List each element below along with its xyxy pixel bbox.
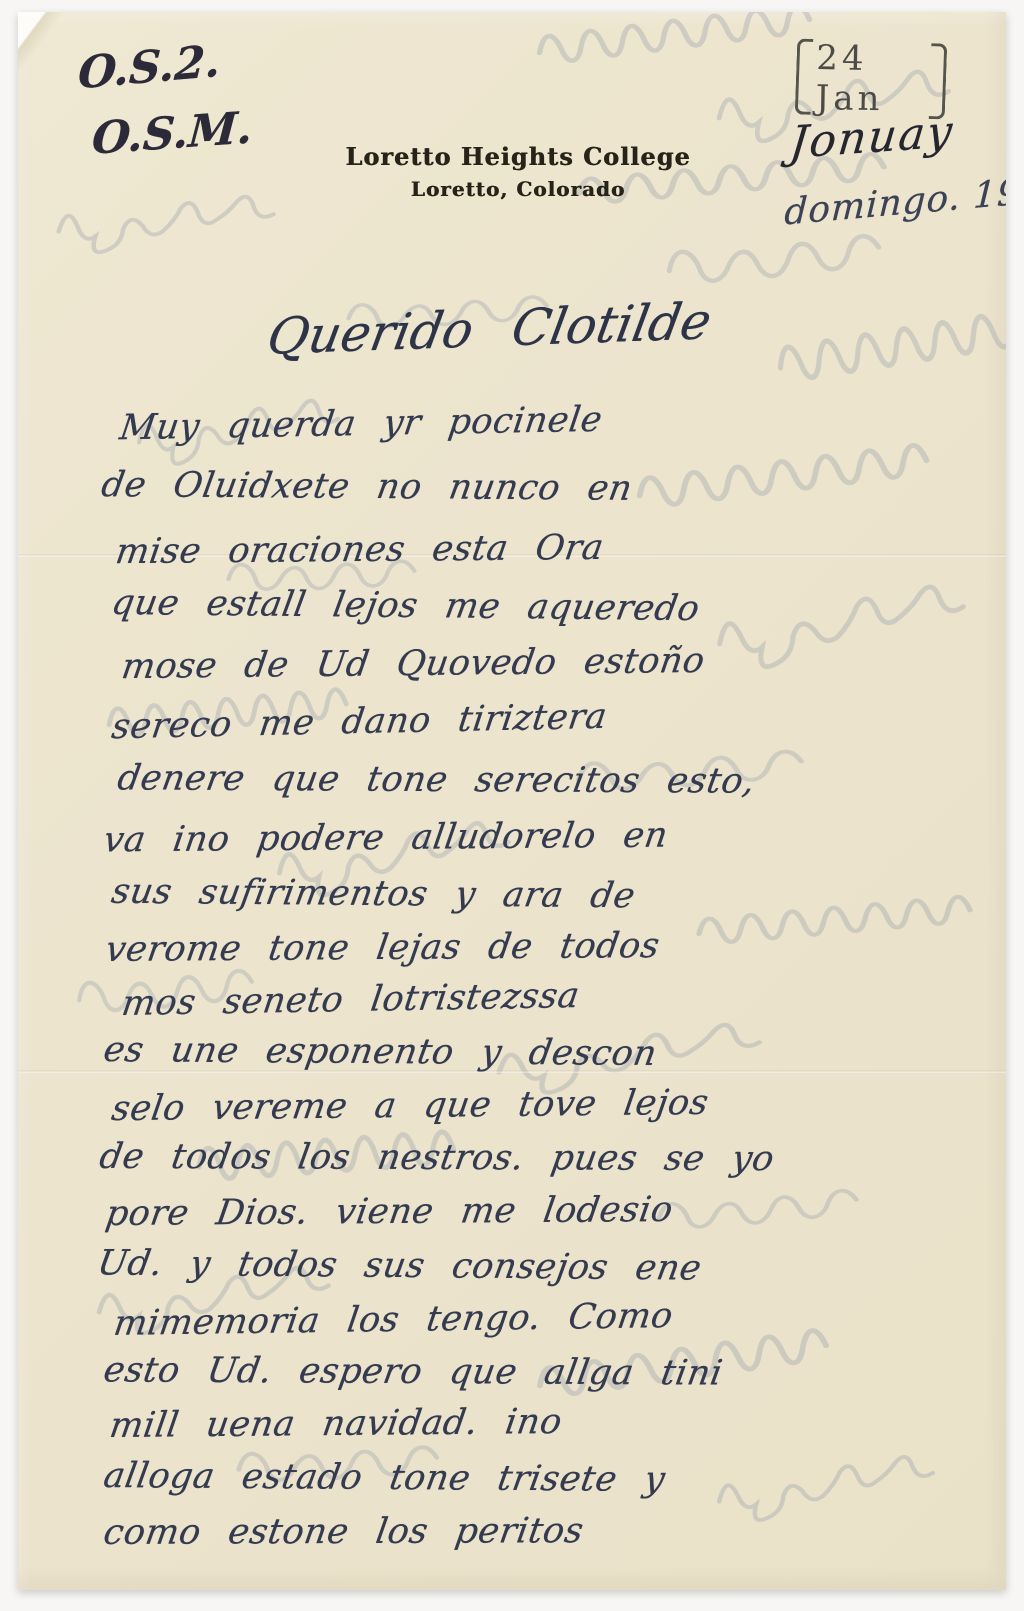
body-line-3: mise oraciones esta Ora <box>113 528 607 572</box>
body-line-15: pore Dios. viene me lodesio <box>103 1190 676 1234</box>
body-line-19: mill uena navidad. ino <box>107 1402 565 1446</box>
letterhead-location: Loretto, Colorado <box>318 177 718 201</box>
body-line-14: de todos los nestros. pues se yo <box>97 1137 777 1179</box>
body-line-17: mimemoria los tengo. Como <box>111 1296 676 1344</box>
body-line-2: de Oluidxete no nunco en <box>99 465 636 509</box>
paper-corner-crease <box>18 12 87 88</box>
body-line-8: va ino podere alludorelo en <box>101 816 671 861</box>
body-line-18: esto Ud. espero que allga tini <box>101 1350 726 1393</box>
letterhead: Loretto Heights College Loretto, Colorad… <box>318 142 718 201</box>
body-line-1: Muy querda yr pocinele <box>117 400 605 449</box>
body-line-9: sus sufirimentos y ara de <box>109 872 639 917</box>
scanned-letter-page: { "letter": { "annotation_top_left": { "… <box>0 0 1024 1611</box>
body-line-16: Ud. y todos sus consejos ene <box>95 1243 705 1288</box>
body-line-6: sereco me dano tiriztera <box>109 697 609 747</box>
annotation-osj: O.S.2. <box>77 36 222 100</box>
body-line-21: como estone los peritos <box>101 1511 586 1553</box>
salutation: Querido Clotilde <box>263 292 716 366</box>
body-line-5: mose de Ud Quovedo estoño <box>119 641 708 687</box>
body-line-20: alloga estado tone trisete y <box>101 1456 668 1500</box>
annotation-osm: O.S.M. <box>90 102 254 165</box>
body-line-4: que estall lejos me aqueredo <box>109 583 703 629</box>
body-line-10: verome tone lejas de todos <box>103 926 662 970</box>
letter-paper: O.S.2. O.S.M. Loretto Heights College Lo… <box>18 12 1006 1590</box>
letterhead-college-name: Loretto Heights College <box>318 142 718 171</box>
body-line-12: es une esponento y descon <box>101 1030 660 1074</box>
body-line-11: mos seneto lotristezssa <box>119 976 582 1024</box>
stamp-left-bracket <box>795 38 814 115</box>
date-handwritten-day-year: domingo. 1939 <box>783 167 1006 233</box>
date-handwritten-month: Jonuay <box>787 106 956 169</box>
body-line-7: denere que tone serecitos esto, <box>115 758 758 801</box>
body-line-13: selo vereme a que tove lejos <box>109 1083 711 1129</box>
stamp-date-text: 24 Jan <box>815 38 926 120</box>
